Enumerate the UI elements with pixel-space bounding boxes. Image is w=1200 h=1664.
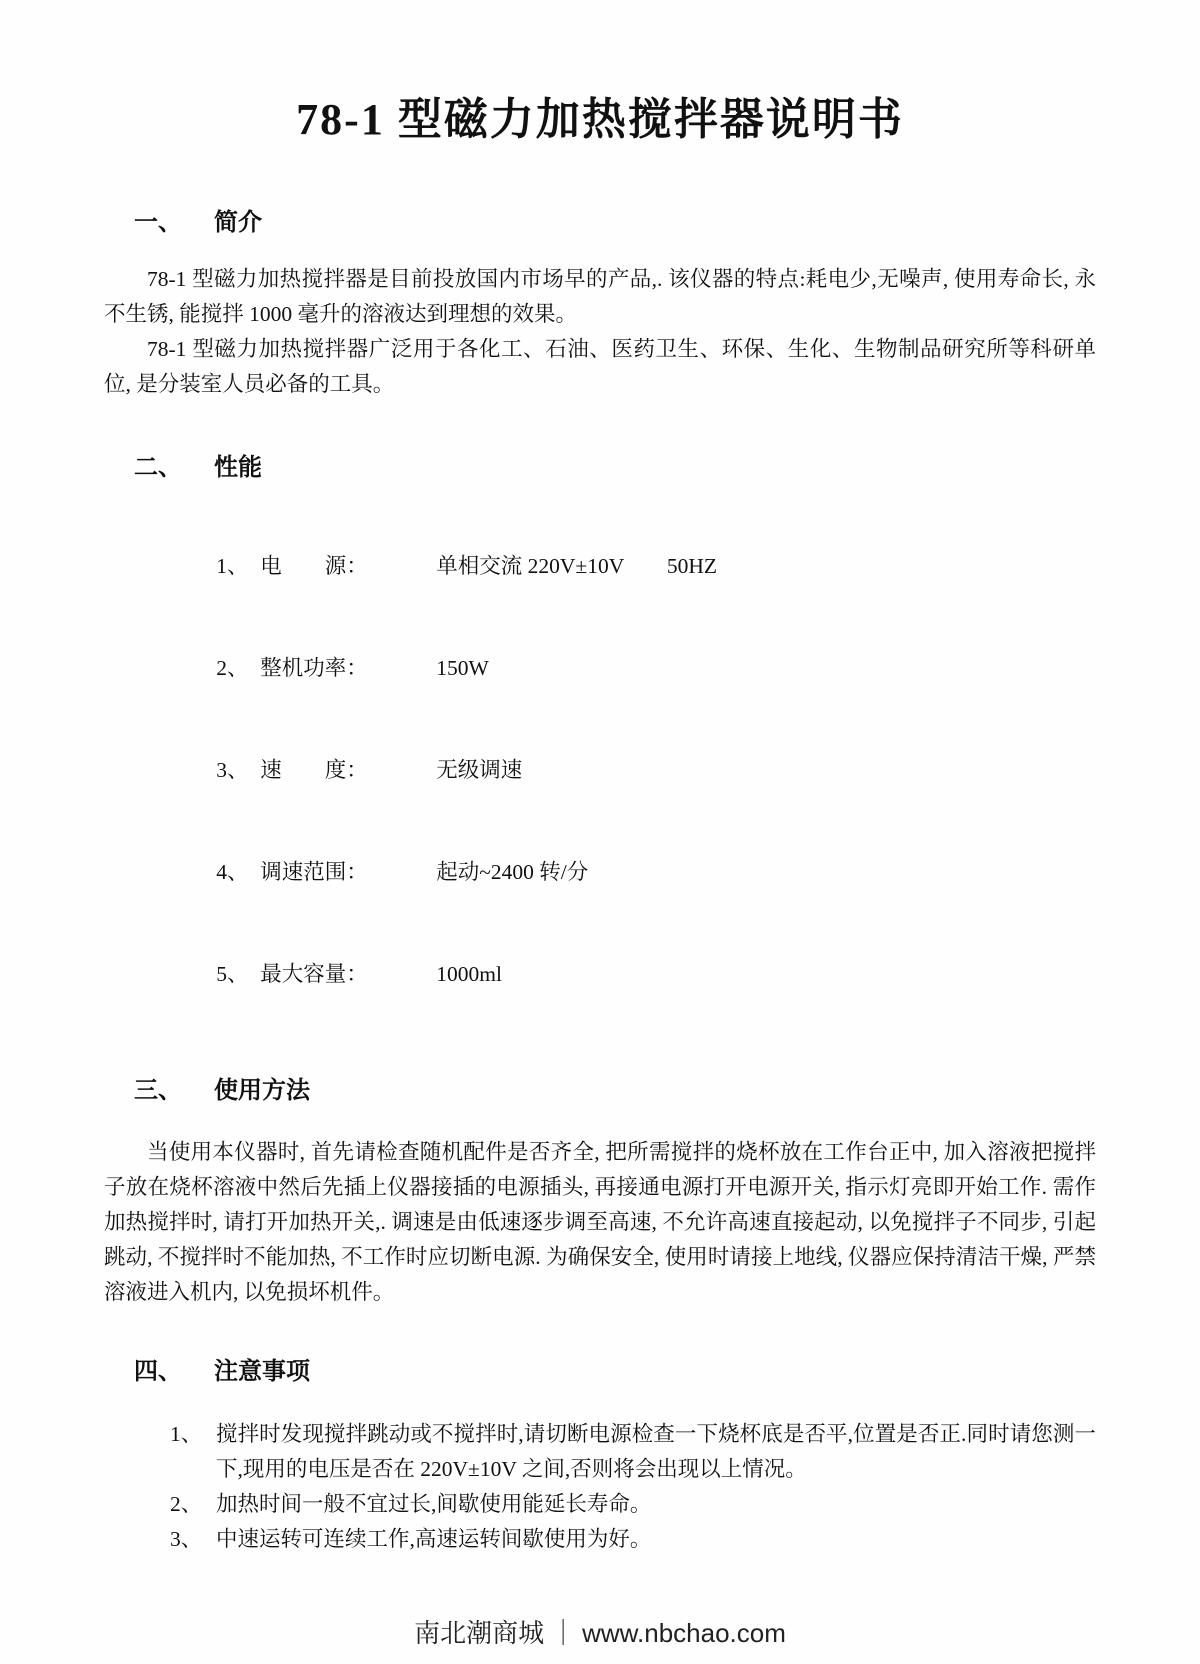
note-item: 1、 搅拌时发现搅拌跳动或不搅拌时,请切断电源检查一下烧杯底是否平,位置是否正.… xyxy=(170,1417,1096,1487)
spec-number: 4、 xyxy=(216,855,260,889)
note-text: 搅拌时发现搅拌跳动或不搅拌时,请切断电源检查一下烧杯底是否平,位置是否正.同时请… xyxy=(216,1417,1096,1487)
section-heading-label: 使用方法 xyxy=(214,1077,310,1106)
footer-separator: ｜ xyxy=(544,1618,582,1648)
note-number: 3、 xyxy=(170,1522,216,1557)
note-number: 1、 xyxy=(170,1417,216,1487)
section-heading-intro: 一、 简介 xyxy=(104,209,1096,238)
spec-row-total-power: 2、整机功率：150W xyxy=(184,617,1096,719)
section-number: 一、 xyxy=(134,209,214,238)
spec-number: 1、 xyxy=(216,549,260,583)
spec-number: 5、 xyxy=(216,957,260,991)
spec-row-speed-range: 4、调速范围：起动~2400 转/分 xyxy=(184,821,1096,923)
spec-value: 起动~2400 转/分 xyxy=(436,855,588,889)
section-heading-label: 性能 xyxy=(214,454,262,483)
note-number: 2、 xyxy=(170,1487,216,1522)
section-number: 四、 xyxy=(134,1358,214,1387)
section-heading-usage: 三、 使用方法 xyxy=(104,1077,1096,1106)
spec-value: 150W xyxy=(436,651,489,685)
section-heading-label: 简介 xyxy=(214,209,262,238)
document-title: 78-1 型磁力加热搅拌器说明书 xyxy=(104,92,1096,147)
spec-row-power-source: 1、电 源：单相交流 220V±10V 50HZ xyxy=(184,515,1096,617)
spec-row-speed: 3、速 度：无级调速 xyxy=(184,719,1096,821)
note-item: 3、 中速运转可连续工作,高速运转间歇使用为好。 xyxy=(170,1522,1096,1557)
note-text: 加热时间一般不宜过长,间歇使用能延长寿命。 xyxy=(216,1487,1096,1522)
spec-list: 1、电 源：单相交流 220V±10V 50HZ 2、整机功率：150W 3、速… xyxy=(184,515,1096,1025)
document-page: 78-1 型磁力加热搅拌器说明书 一、 简介 78-1 型磁力加热搅拌器是目前投… xyxy=(0,0,1200,1664)
intro-paragraph-1: 78-1 型磁力加热搅拌器是目前投放国内市场早的产品,. 该仪器的特点:耗电少,… xyxy=(104,262,1096,332)
notes-list: 1、 搅拌时发现搅拌跳动或不搅拌时,请切断电源检查一下烧杯底是否平,位置是否正.… xyxy=(170,1417,1096,1557)
spec-number: 3、 xyxy=(216,753,260,787)
footer-watermark[interactable]: 南北潮商城｜www.nbchao.com xyxy=(0,1613,1200,1650)
intro-paragraph-2: 78-1 型磁力加热搅拌器广泛用于各化工、石油、医药卫生、环保、生化、生物制品研… xyxy=(104,332,1096,402)
section-heading-notes: 四、 注意事项 xyxy=(104,1358,1096,1387)
spec-label: 调速范围： xyxy=(260,855,412,889)
section-number: 二、 xyxy=(134,454,214,483)
spec-number: 2、 xyxy=(216,651,260,685)
spec-value: 1000ml xyxy=(436,957,502,991)
section-number: 三、 xyxy=(134,1077,214,1106)
spec-label: 整机功率： xyxy=(260,651,412,685)
note-item: 2、 加热时间一般不宜过长,间歇使用能延长寿命。 xyxy=(170,1487,1096,1522)
section-heading-spec: 二、 性能 xyxy=(104,454,1096,483)
note-text: 中速运转可连续工作,高速运转间歇使用为好。 xyxy=(216,1522,1096,1557)
spec-label: 最大容量： xyxy=(260,957,412,991)
spec-row-max-capacity: 5、最大容量：1000ml xyxy=(184,923,1096,1025)
section-heading-label: 注意事项 xyxy=(214,1358,310,1387)
footer-url[interactable]: www.nbchao.com xyxy=(582,1618,786,1648)
spec-label: 电 源： xyxy=(260,549,412,583)
spec-label: 速 度： xyxy=(260,753,412,787)
usage-paragraph: 当使用本仪器时, 首先请检查随机配件是否齐全, 把所需搅拌的烧杯放在工作台正中,… xyxy=(104,1135,1096,1310)
spec-value: 单相交流 220V±10V 50HZ xyxy=(436,549,717,583)
spec-value: 无级调速 xyxy=(436,753,522,787)
footer-brand[interactable]: 南北潮商城 xyxy=(414,1618,544,1648)
